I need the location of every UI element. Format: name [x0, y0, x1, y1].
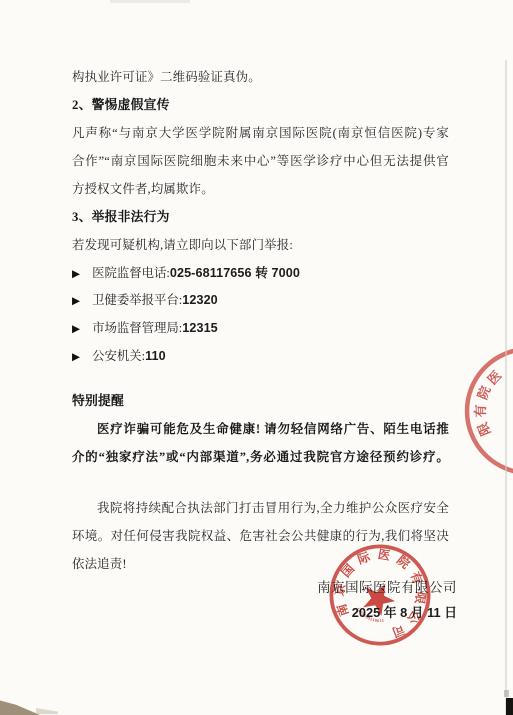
section-gap	[72, 474, 449, 497]
report-item-value: 025-68117656 转 7000	[170, 262, 300, 281]
scanned-document-page: 构执业许可证》二维码验证真伪。 2、警惕虚假宣传 凡声称“与南京大学医学院附属南…	[0, 0, 513, 715]
closing-line-2: 环境。对任何侵害我院权益、危害社会公共健康的行为,我们将坚决	[72, 525, 449, 553]
section2-line-2: 合作”“南京国际医院细胞未来中心”等医学诊疗中心但无法提供官	[72, 150, 449, 178]
section3-heading: 3、举报非法行为	[72, 206, 449, 234]
triangle-bullet-icon: ▶	[72, 318, 80, 340]
section2-line-3: 方授权文件者,均属欺诈。	[72, 178, 449, 206]
edge-seal-char: 有	[473, 404, 488, 417]
triangle-bullet-icon: ▶	[72, 346, 80, 368]
report-item-value: 12320	[182, 293, 218, 307]
continuation-line: 构执业许可证》二维码验证真伪。	[72, 66, 449, 94]
report-item-label: 医院监督电话:	[92, 263, 170, 281]
corner-shadow-artifact	[0, 698, 40, 715]
edge-seal-char: 院	[475, 384, 494, 402]
edge-seal-char: 限	[475, 420, 494, 438]
section2-line-1: 凡声称“与南京大学医学院附属南京国际医院(南京恒信医院)专家	[72, 122, 449, 150]
section-gap	[72, 374, 449, 390]
corner-shadow-artifact	[36, 708, 58, 714]
corner-shadow-artifact	[506, 698, 513, 715]
section3-intro: 若发现可疑机构,请立即向以下部门举报:	[72, 234, 449, 262]
section2-heading: 2、警惕虚假宣传	[72, 94, 449, 122]
document-body: 构执业许可证》二维码验证真伪。 2、警惕虚假宣传 凡声称“与南京大学医学院附属南…	[72, 66, 449, 625]
report-item-label: 公安机关:	[92, 346, 145, 364]
report-item-value: 12315	[182, 321, 218, 335]
corner-shadow-artifact	[504, 690, 509, 697]
report-item-label: 卫健委举报平台:	[92, 290, 182, 308]
signature-date: 2025 年 8 月 11 日	[72, 600, 457, 625]
scan-smudge-artifact	[110, 0, 190, 3]
report-item-hospital-hotline: ▶ 医院监督电话: 025-68117656 转 7000	[72, 262, 449, 290]
closing-line-1: 我院将持续配合执法部门打击冒用行为,全力维护公众医疗安全	[72, 497, 449, 525]
special-notice-line-1: 医疗诈骗可能危及生命健康! 请勿轻信网络广告、陌生电话推	[72, 418, 449, 446]
triangle-bullet-icon: ▶	[72, 263, 80, 285]
special-notice-line-2: 介的“独家疗法”或“内部渠道”,务必通过我院官方途径预约诊疗。	[72, 446, 449, 474]
signature-block: 南京国际医院有限公司 2025 年 8 月 11 日	[72, 575, 457, 625]
special-notice-heading: 特别提醒	[72, 390, 449, 418]
report-item-value: 110	[145, 349, 166, 363]
edge-seal-char: 医	[484, 368, 504, 388]
report-item-label: 市场监督管理局:	[92, 318, 182, 336]
report-item-market-regulator: ▶ 市场监督管理局: 12315	[72, 318, 449, 346]
scanner-streak-artifact	[505, 60, 507, 715]
signature-company-name: 南京国际医院有限公司	[72, 575, 457, 600]
report-item-police: ▶ 公安机关: 110	[72, 346, 449, 374]
report-item-health-commission: ▶ 卫健委举报平台: 12320	[72, 290, 449, 318]
triangle-bullet-icon: ▶	[72, 290, 80, 312]
